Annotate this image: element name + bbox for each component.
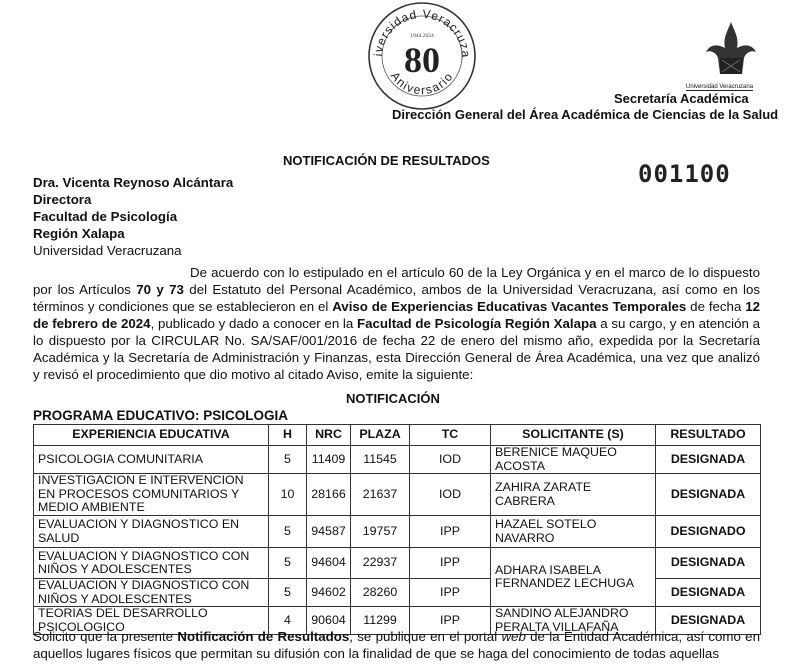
- footer-bold: Notificación de Resultados: [177, 629, 349, 644]
- cell-nrc: 94587: [307, 516, 351, 548]
- cell-ee: PSICOLOGIA COMUNITARIA: [34, 446, 269, 474]
- table-row: PSICOLOGIA COMUNITARIA 5 11409 11545 IOD…: [34, 446, 761, 474]
- cell-solicitante: ZAHIRA ZARATE CABRERA: [491, 474, 656, 516]
- cell-ee: EVALUACION Y DIAGNOSTICO EN SALUD: [34, 516, 269, 548]
- cell-tc: IOD: [410, 474, 491, 516]
- cell-resultado: DESIGNADA: [656, 446, 761, 474]
- cell-plaza: 11545: [351, 446, 410, 474]
- cell-tc: IPP: [410, 516, 491, 548]
- addressee-university: Universidad Veracruzana: [33, 242, 233, 259]
- body-text: de fecha: [686, 299, 745, 314]
- cell-solicitante: ADHARA ISABELA FERNANDEZ LECHUGA: [491, 548, 656, 607]
- col-experiencia: EXPERIENCIA EDUCATIVA: [34, 425, 269, 446]
- anniversary-seal: Universidad Veracruzana Aniversario 1944…: [366, 0, 478, 112]
- footer-paragraph: Solicito que la presente Notificación de…: [33, 628, 760, 662]
- cell-tc: IPP: [410, 579, 491, 607]
- footer-italic: web: [501, 629, 525, 644]
- addressee-faculty: Facultad de Psicología: [33, 208, 233, 225]
- col-tc: TC: [410, 425, 491, 446]
- body-text: , publicado y dado a conocer en la: [151, 316, 357, 331]
- cell-h: 10: [269, 474, 307, 516]
- col-h: H: [269, 425, 307, 446]
- cell-nrc: 94602: [307, 579, 351, 607]
- cell-nrc: 11409: [307, 446, 351, 474]
- svg-text:1944 2024: 1944 2024: [410, 33, 434, 39]
- cell-plaza: 22937: [351, 548, 410, 579]
- cell-ee: EVALUACION Y DIAGNOSTICO CON NIÑOS Y ADO…: [34, 579, 269, 607]
- cell-ee: EVALUACION Y DIAGNOSTICO CON NIÑOS Y ADO…: [34, 548, 269, 579]
- cell-solicitante: HAZAEL SOTELO NAVARRO: [491, 516, 656, 548]
- footer-text: Solicito que la presente: [33, 629, 177, 644]
- table-row: INVESTIGACION E INTERVENCION EN PROCESOS…: [34, 474, 761, 516]
- cell-resultado: DESIGNADA: [656, 579, 761, 607]
- uv-logo-caption: Universidad Veracruzana: [686, 84, 753, 91]
- cell-tc: IPP: [410, 548, 491, 579]
- cell-ee: INVESTIGACION E INTERVENCION EN PROCESOS…: [34, 474, 269, 516]
- cell-resultado: DESIGNADO: [656, 516, 761, 548]
- body-bold-aviso: Aviso de Experiencias Educativas Vacante…: [332, 299, 686, 314]
- cell-resultado: DESIGNADA: [656, 548, 761, 579]
- seal-icon: Universidad Veracruzana Aniversario 1944…: [366, 0, 478, 112]
- direccion-general: Dirección General del Área Académica de …: [392, 107, 778, 122]
- folio-number: 001100: [638, 160, 731, 188]
- program-title: PROGRAMA EDUCATIVO: PSICOLOGIA: [33, 408, 288, 423]
- cell-nrc: 94604: [307, 548, 351, 579]
- cell-h: 5: [269, 446, 307, 474]
- cell-resultado: DESIGNADA: [656, 474, 761, 516]
- cell-h: 5: [269, 548, 307, 579]
- body-bold-articles: 70 y 73: [136, 282, 184, 297]
- addressee-block: Dra. Vicenta Reynoso Alcántara Directora…: [33, 174, 233, 259]
- col-resultado: RESULTADO: [656, 425, 761, 446]
- addressee-name: Dra. Vicenta Reynoso Alcántara: [33, 174, 233, 191]
- document-title: NOTIFICACIÓN DE RESULTADOS: [283, 153, 490, 168]
- cell-plaza: 21637: [351, 474, 410, 516]
- cell-tc: IOD: [410, 446, 491, 474]
- results-table: EXPERIENCIA EDUCATIVA H NRC PLAZA TC SOL…: [33, 424, 761, 635]
- cell-h: 5: [269, 516, 307, 548]
- secretaria-academica: Secretaría Académica: [614, 91, 749, 106]
- addressee-position: Directora: [33, 191, 233, 208]
- cell-solicitante: BERENICE MAQUEO ACOSTA: [491, 446, 656, 474]
- body-bold-faculty: Facultad de Psicología Región Xalapa: [357, 316, 597, 331]
- cell-h: 5: [269, 579, 307, 607]
- addressee-region: Región Xalapa: [33, 225, 233, 242]
- cell-nrc: 28166: [307, 474, 351, 516]
- cell-plaza: 19757: [351, 516, 410, 548]
- uv-logo: [700, 18, 762, 88]
- svg-text:80: 80: [404, 40, 440, 80]
- table-row: EVALUACION Y DIAGNOSTICO EN SALUD 5 9458…: [34, 516, 761, 548]
- col-nrc: NRC: [307, 425, 351, 446]
- table-header-row: EXPERIENCIA EDUCATIVA H NRC PLAZA TC SOL…: [34, 425, 761, 446]
- section-title: NOTIFICACIÓN: [346, 391, 440, 406]
- col-plaza: PLAZA: [351, 425, 410, 446]
- table-row: EVALUACION Y DIAGNOSTICO CON NIÑOS Y ADO…: [34, 548, 761, 579]
- footer-text: , se publique en el portal: [349, 629, 501, 644]
- cell-plaza: 28260: [351, 579, 410, 607]
- body-paragraph: De acuerdo con lo estipulado en el artíc…: [33, 264, 760, 383]
- fleur-de-lis-icon: [700, 18, 762, 88]
- col-solicitante: SOLICITANTE (S): [491, 425, 656, 446]
